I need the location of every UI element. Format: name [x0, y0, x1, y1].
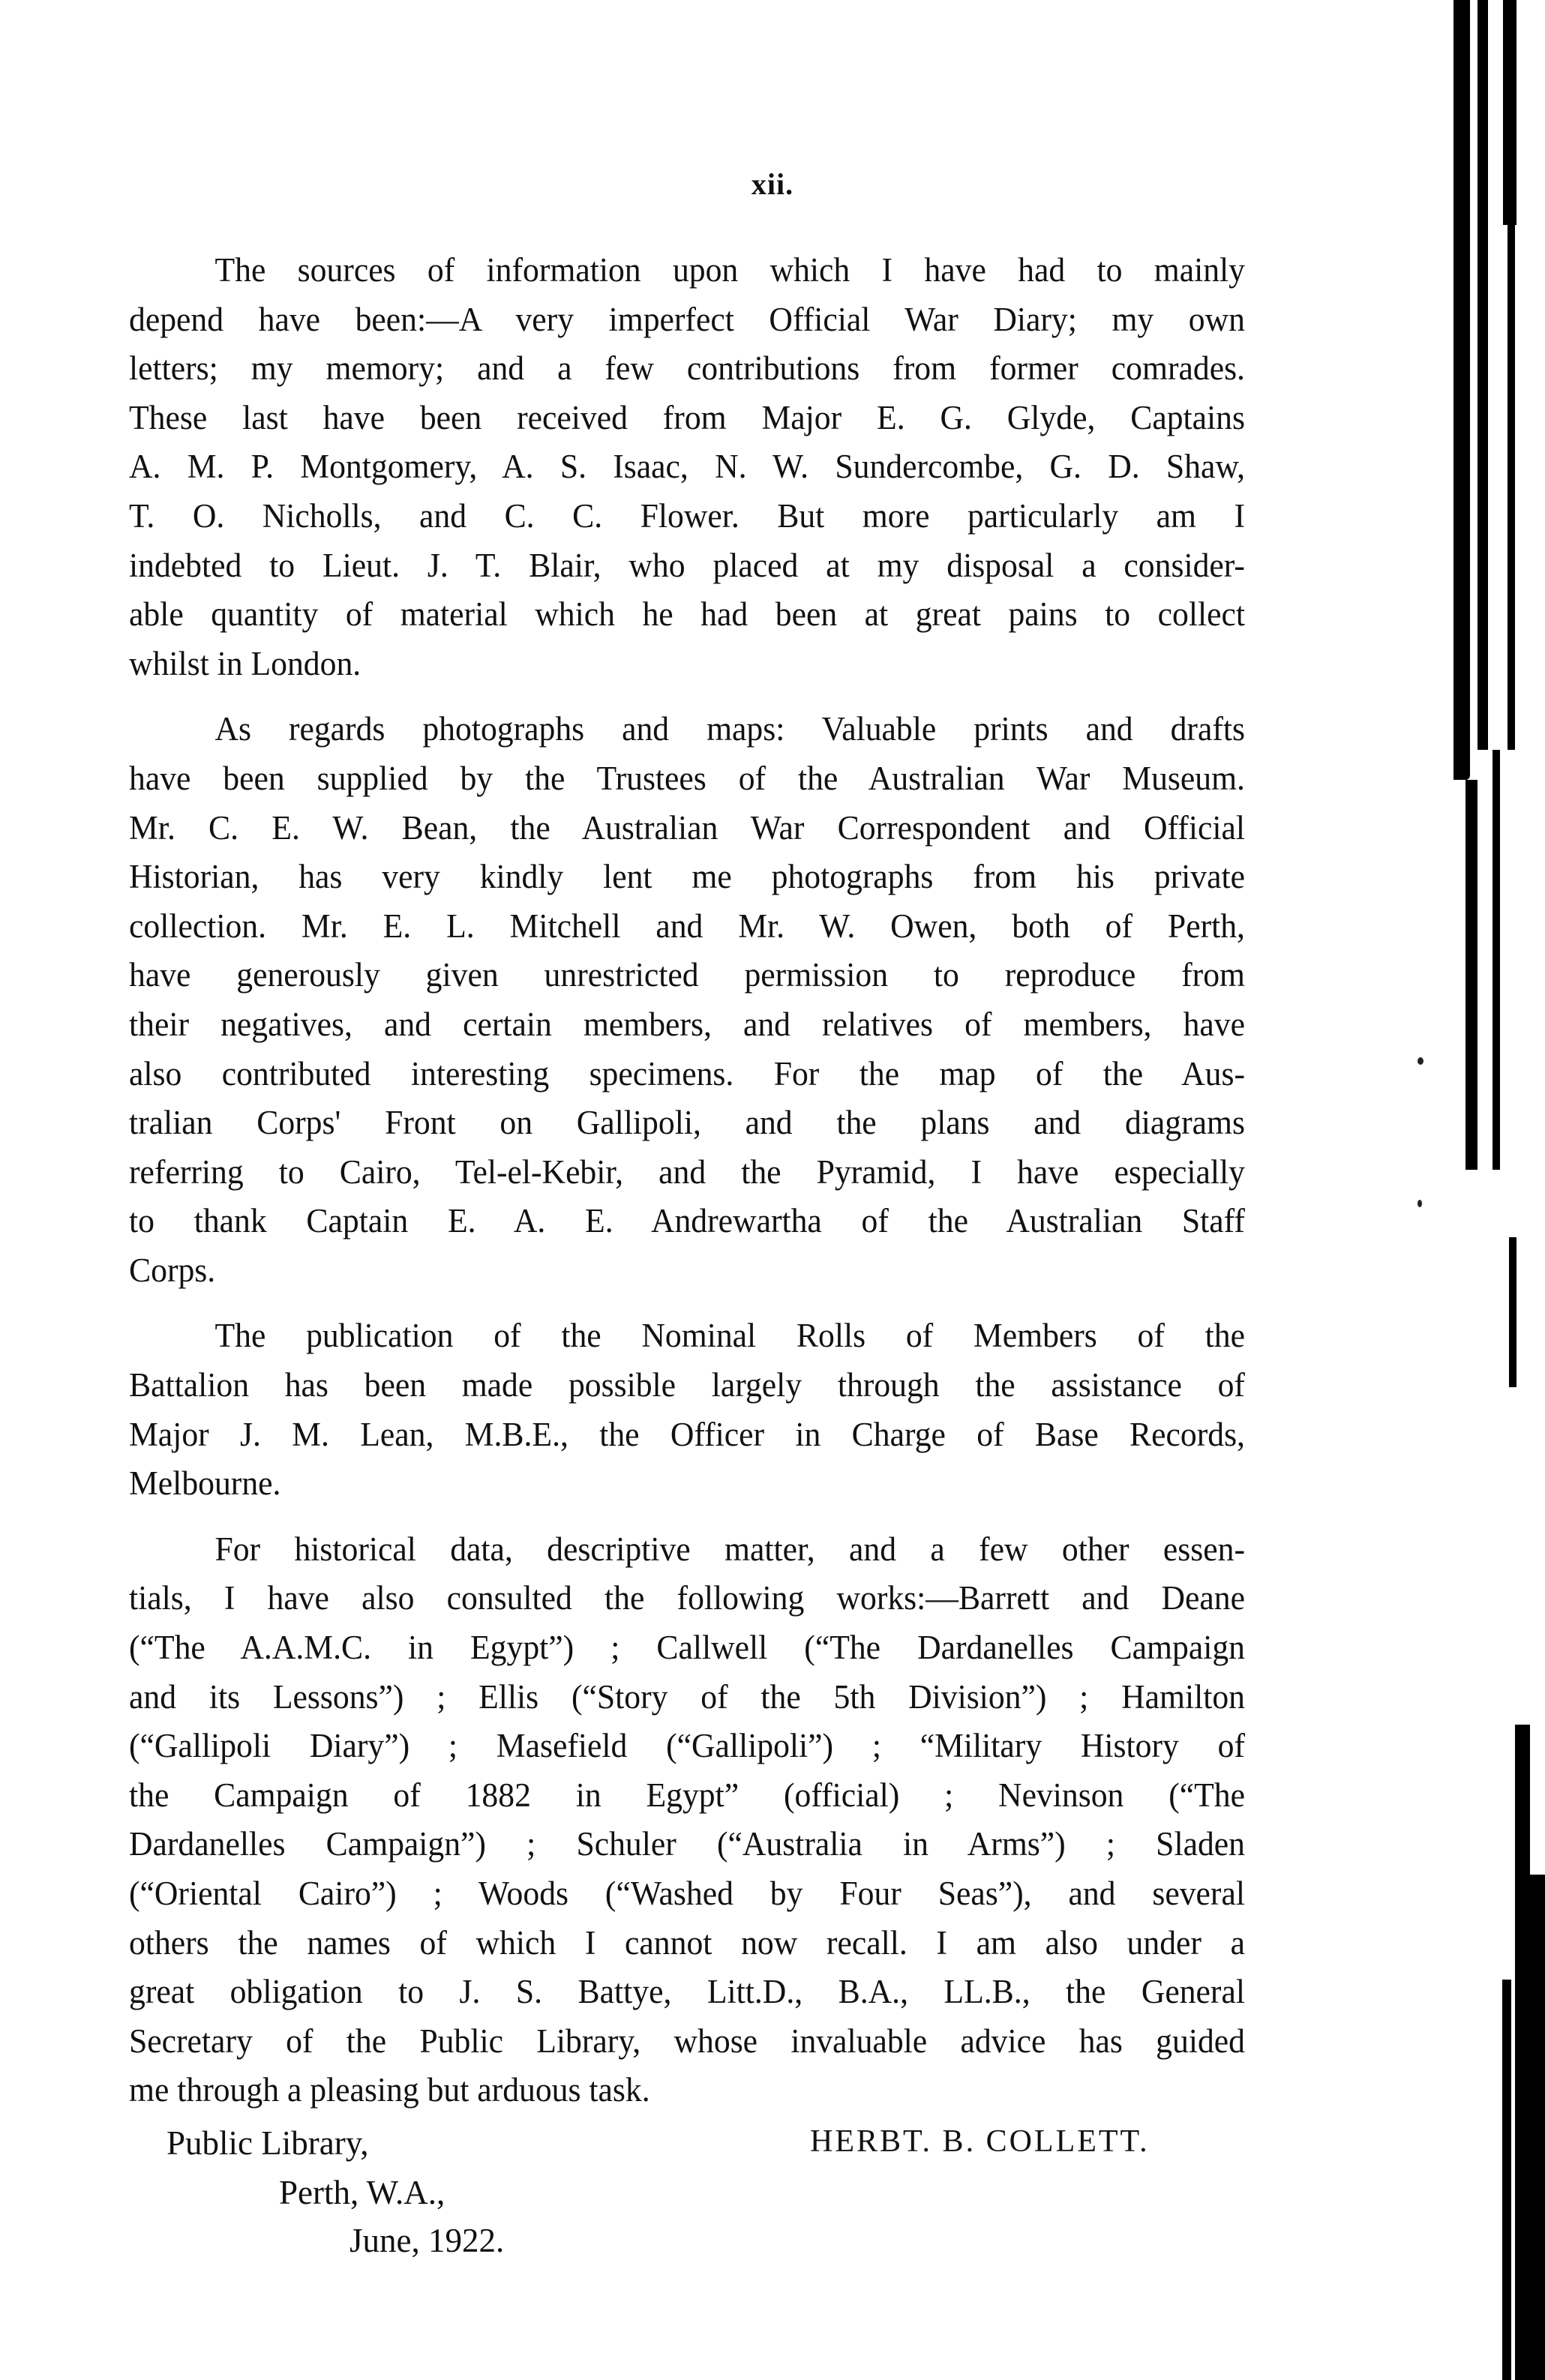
text-line: Major J. M. Lean, M.B.E., the Officer in…	[129, 1410, 1245, 1460]
paragraph-historical-works: For historical data, descriptive matter,…	[129, 1525, 1245, 2115]
text-line: For historical data, descriptive matter,…	[129, 1525, 1245, 1575]
text-line: whilst in London.	[129, 640, 1245, 689]
text-line: also contributed interesting specimens. …	[129, 1050, 1245, 1099]
signature-author: HERBT. B. COLLETT.	[810, 2124, 1150, 2160]
text-line: able quantity of material which he had b…	[129, 590, 1245, 640]
preface-body: The sources of information upon which I …	[129, 246, 1245, 2132]
text-line: collection. Mr. E. L. Mitchell and Mr. W…	[129, 902, 1245, 952]
text-line: The publication of the Nominal Rolls of …	[129, 1311, 1245, 1361]
paragraph-sources: The sources of information upon which I …	[129, 246, 1245, 688]
text-line: others the names of which I cannot now r…	[129, 1919, 1245, 1968]
text-line: referring to Cairo, Tel-el-Kebir, and th…	[129, 1148, 1245, 1197]
text-line: (“Oriental Cairo”) ; Woods (“Washed by F…	[129, 1869, 1245, 1919]
text-line: Battalion has been made possible largely…	[129, 1361, 1245, 1410]
text-line: (“The A.A.M.C. in Egypt”) ; Callwell (“T…	[129, 1623, 1245, 1673]
text-line: letters; my memory; and a few contributi…	[129, 344, 1245, 394]
scan-binding-shadow	[1395, 0, 1545, 2380]
text-line: tials, I have also consulted the followi…	[129, 1574, 1245, 1623]
signature-place-line1: Public Library,	[166, 2124, 369, 2163]
text-line: Corps.	[129, 1246, 1245, 1296]
paragraph-photographs: As regards photographs and maps: Valuabl…	[129, 705, 1245, 1295]
page-number: xii.	[0, 166, 1545, 202]
text-line: Melbourne.	[129, 1459, 1245, 1509]
text-line: The sources of information upon which I …	[129, 246, 1245, 295]
text-line: have generously given unrestricted permi…	[129, 951, 1245, 1000]
text-line: T. O. Nicholls, and C. C. Flower. But mo…	[129, 492, 1245, 541]
text-line: great obligation to J. S. Battye, Litt.D…	[129, 1968, 1245, 2017]
text-line: me through a pleasing but arduous task.	[129, 2066, 1245, 2115]
text-line: and its Lessons”) ; Ellis (“Story of the…	[129, 1673, 1245, 1722]
text-line: tralian Corps' Front on Gallipoli, and t…	[129, 1099, 1245, 1148]
text-line: Dardanelles Campaign”) ; Schuler (“Austr…	[129, 1820, 1245, 1869]
text-line: Secretary of the Public Library, whose i…	[129, 2017, 1245, 2067]
text-line: A. M. P. Montgomery, A. S. Isaac, N. W. …	[129, 442, 1245, 492]
text-line: (“Gallipoli Diary”) ; Masefield (“Gallip…	[129, 1722, 1245, 1771]
text-line: the Campaign of 1882 in Egypt” (official…	[129, 1771, 1245, 1821]
text-line: depend have been:—A very imperfect Offic…	[129, 295, 1245, 345]
text-line: Historian, has very kindly lent me photo…	[129, 853, 1245, 902]
text-line: indebted to Lieut. J. T. Blair, who plac…	[129, 541, 1245, 591]
text-line: to thank Captain E. A. E. Andrewartha of…	[129, 1197, 1245, 1246]
signature-date: June, 1922.	[349, 2221, 504, 2260]
signature-place-line2: Perth, W.A.,	[279, 2173, 445, 2212]
scanned-book-page: xii. The sources of information upon whi…	[0, 0, 1545, 2380]
text-line: These last have been received from Major…	[129, 394, 1245, 443]
text-line: their negatives, and certain members, an…	[129, 1000, 1245, 1050]
text-line: As regards photographs and maps: Valuabl…	[129, 705, 1245, 754]
paragraph-nominal-rolls: The publication of the Nominal Rolls of …	[129, 1311, 1245, 1508]
text-line: have been supplied by the Trustees of th…	[129, 754, 1245, 804]
text-line: Mr. C. E. W. Bean, the Australian War Co…	[129, 804, 1245, 853]
